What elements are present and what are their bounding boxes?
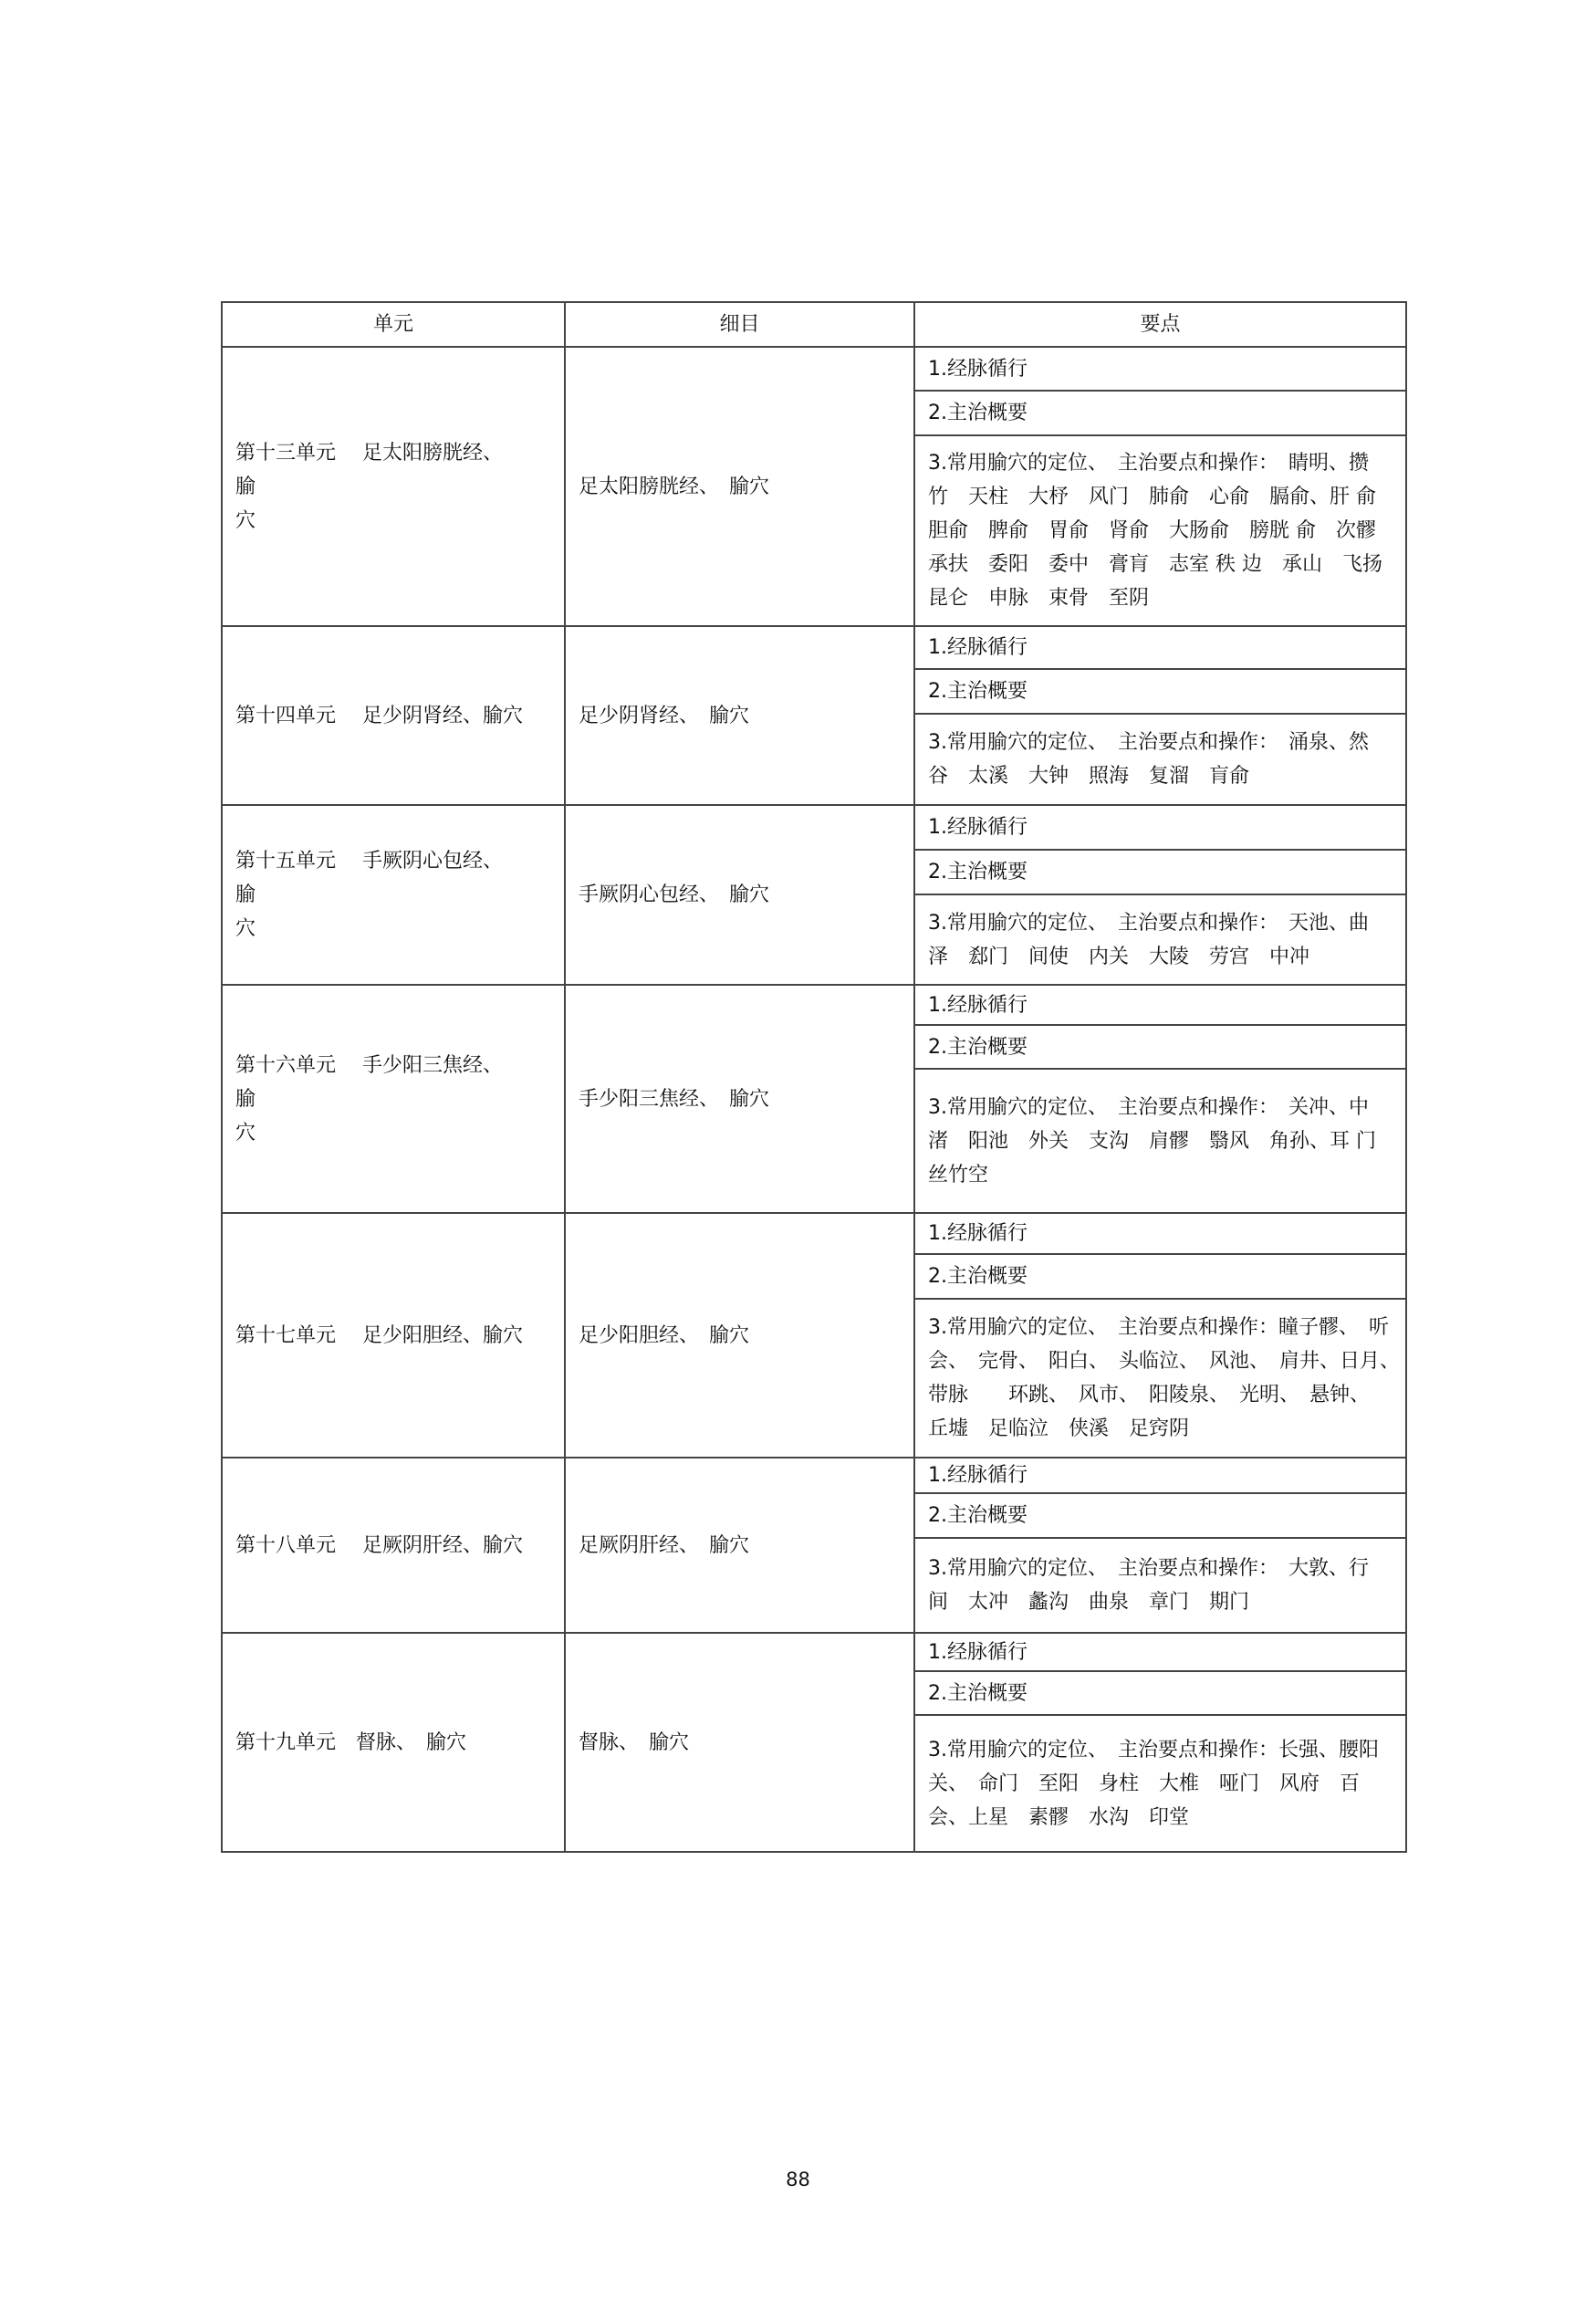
unit-cell: 第十五单元 手厥阴心包经、 腧 穴 bbox=[222, 805, 565, 985]
point-cell: 1.经脉循行 bbox=[914, 1213, 1406, 1254]
unit-cell: 第十九单元 督脉、 腧穴 bbox=[222, 1633, 565, 1852]
table-row: 第十七单元 足少阳胆经、腧穴足少阳胆经、 腧穴1.经脉循行 bbox=[222, 1213, 1406, 1254]
unit-cell: 第十八单元 足厥阴肝经、腧穴 bbox=[222, 1458, 565, 1633]
table-header-row: 单元 细目 要点 bbox=[222, 302, 1406, 347]
syllabus-table: 单元 细目 要点 第十三单元 足太阳膀胱经、 腧 穴足太阳膀胱经、 腧穴1.经脉… bbox=[221, 301, 1407, 1853]
detail-cell: 手厥阴心包经、 腧穴 bbox=[565, 805, 914, 985]
point-cell: 3.常用腧穴的定位、 主治要点和操作： 大敦、行 间 太冲 蠡沟 曲泉 章门 期… bbox=[914, 1538, 1406, 1633]
point-cell: 1.经脉循行 bbox=[914, 626, 1406, 669]
unit-cell: 第十七单元 足少阳胆经、腧穴 bbox=[222, 1213, 565, 1458]
table-body: 第十三单元 足太阳膀胱经、 腧 穴足太阳膀胱经、 腧穴1.经脉循行2.主治概要3… bbox=[222, 347, 1406, 1852]
detail-cell: 手少阳三焦经、 腧穴 bbox=[565, 985, 914, 1213]
point-cell: 1.经脉循行 bbox=[914, 1458, 1406, 1493]
detail-cell: 足少阳胆经、 腧穴 bbox=[565, 1213, 914, 1458]
header-detail: 细目 bbox=[565, 302, 914, 347]
table-row: 第十三单元 足太阳膀胱经、 腧 穴足太阳膀胱经、 腧穴1.经脉循行 bbox=[222, 347, 1406, 391]
point-cell: 3.常用腧穴的定位、 主治要点和操作： 关冲、中 渚 阳池 外关 支沟 肩髎 翳… bbox=[914, 1069, 1406, 1213]
unit-cell: 第十三单元 足太阳膀胱经、 腧 穴 bbox=[222, 347, 565, 626]
detail-cell: 足太阳膀胱经、 腧穴 bbox=[565, 347, 914, 626]
header-points: 要点 bbox=[914, 302, 1406, 347]
detail-cell: 足厥阴肝经、 腧穴 bbox=[565, 1458, 914, 1633]
point-cell: 2.主治概要 bbox=[914, 391, 1406, 435]
point-cell: 1.经脉循行 bbox=[914, 805, 1406, 850]
point-cell: 2.主治概要 bbox=[914, 1671, 1406, 1715]
detail-cell: 足少阴肾经、 腧穴 bbox=[565, 626, 914, 805]
unit-cell: 第十四单元 足少阴肾经、腧穴 bbox=[222, 626, 565, 805]
point-cell: 3.常用腧穴的定位、 主治要点和操作： 天池、曲 泽 郄门 间使 内关 大陵 劳… bbox=[914, 894, 1406, 985]
point-cell: 1.经脉循行 bbox=[914, 985, 1406, 1025]
point-cell: 3.常用腧穴的定位、 主治要点和操作： 睛明、攒 竹 天柱 大杼 风门 肺俞 心… bbox=[914, 435, 1406, 626]
point-cell: 2.主治概要 bbox=[914, 669, 1406, 714]
point-cell: 2.主治概要 bbox=[914, 1254, 1406, 1299]
table-row: 第十六单元 手少阳三焦经、 腧 穴手少阳三焦经、 腧穴1.经脉循行 bbox=[222, 985, 1406, 1025]
table-row: 第十五单元 手厥阴心包经、 腧 穴手厥阴心包经、 腧穴1.经脉循行 bbox=[222, 805, 1406, 850]
point-cell: 3.常用腧穴的定位、 主治要点和操作：瞳子髎、 听 会、 完骨、 阳白、 头临泣… bbox=[914, 1299, 1406, 1458]
unit-cell: 第十六单元 手少阳三焦经、 腧 穴 bbox=[222, 985, 565, 1213]
point-cell: 3.常用腧穴的定位、 主治要点和操作： 涌泉、然 谷 太溪 大钟 照海 复溜 肓… bbox=[914, 714, 1406, 805]
point-cell: 1.经脉循行 bbox=[914, 1633, 1406, 1671]
table-row: 第十四单元 足少阴肾经、腧穴足少阴肾经、 腧穴1.经脉循行 bbox=[222, 626, 1406, 669]
header-unit: 单元 bbox=[222, 302, 565, 347]
point-cell: 3.常用腧穴的定位、 主治要点和操作：长强、腰阳 关、 命门 至阳 身柱 大椎 … bbox=[914, 1715, 1406, 1852]
point-cell: 2.主治概要 bbox=[914, 850, 1406, 894]
point-cell: 2.主治概要 bbox=[914, 1025, 1406, 1069]
point-cell: 1.经脉循行 bbox=[914, 347, 1406, 391]
document-page: 单元 细目 要点 第十三单元 足太阳膀胱经、 腧 穴足太阳膀胱经、 腧穴1.经脉… bbox=[0, 0, 1596, 2300]
page-number: 88 bbox=[0, 2169, 1596, 2190]
detail-cell: 督脉、 腧穴 bbox=[565, 1633, 914, 1852]
table-row: 第十八单元 足厥阴肝经、腧穴足厥阴肝经、 腧穴1.经脉循行 bbox=[222, 1458, 1406, 1493]
table-row: 第十九单元 督脉、 腧穴督脉、 腧穴1.经脉循行 bbox=[222, 1633, 1406, 1671]
point-cell: 2.主治概要 bbox=[914, 1493, 1406, 1538]
